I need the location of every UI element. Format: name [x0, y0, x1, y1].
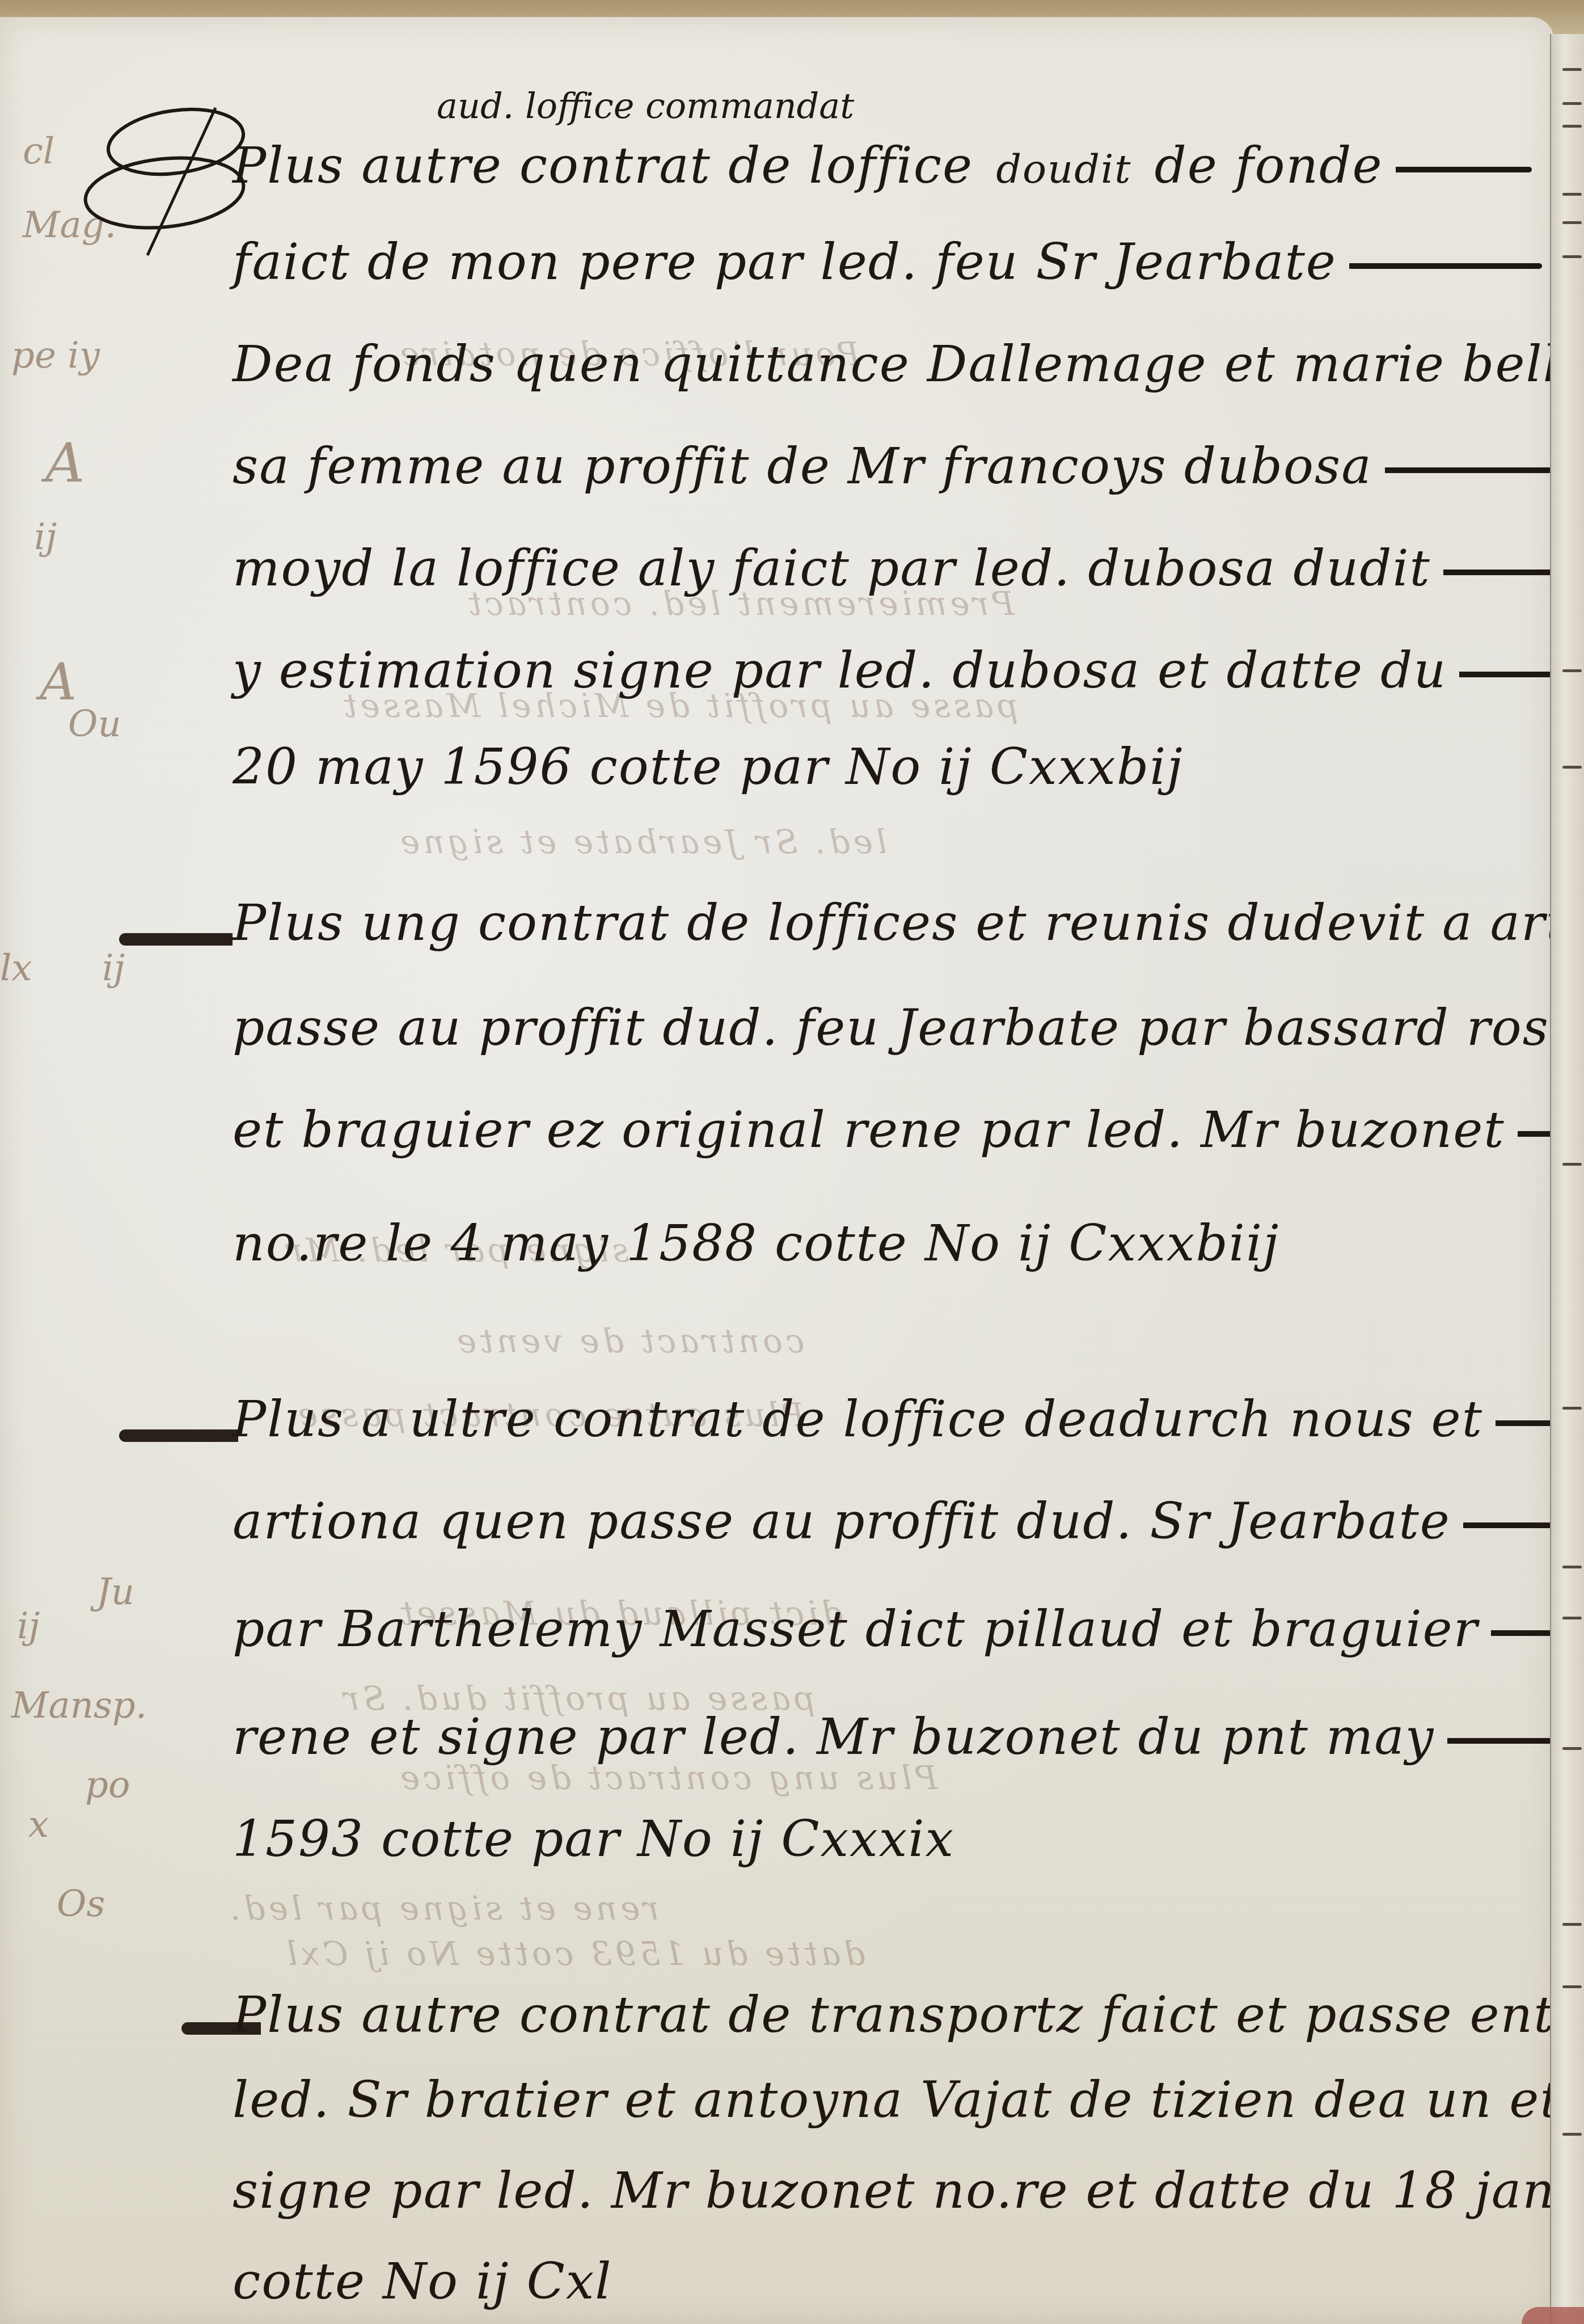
- manuscript-page: Pour l'office de notaire Premierement le…: [0, 17, 1554, 2324]
- entry-2-line-1: Plus ung contrat de loffices et reunis d…: [233, 893, 1584, 952]
- line-text: moyd la loffice aly faict par led. dubos…: [233, 539, 1431, 597]
- line-insert: doudit: [996, 146, 1131, 192]
- margin-note: x: [28, 1804, 49, 1846]
- bleed-through-line: datte du 1593 cotte No ij Cxl: [284, 1934, 865, 1973]
- margin-note: po: [85, 1764, 130, 1806]
- margin-note: ij: [34, 516, 57, 558]
- line-text: 1593 cotte par No ij Cxxxix: [233, 1810, 954, 1868]
- entry-1-line-5: moyd la loffice aly faict par led. dubos…: [233, 539, 1557, 597]
- line-text: Plus ung contrat de loffices et reunis d…: [233, 893, 1584, 952]
- entry-4-line-1: Plus autre contrat de transportz faict e…: [233, 1985, 1584, 2044]
- margin-note: A: [45, 431, 85, 495]
- line-text: Plus a ultre contrat de loffice deadurch…: [233, 1390, 1483, 1448]
- margin-note: cl: [23, 130, 54, 172]
- line-text: Plus autre contrat de loffice: [233, 136, 973, 195]
- line-text: y estimation signe par led. dubosa et da…: [233, 641, 1447, 699]
- bleed-through-line: contract de vente: [454, 1322, 805, 1360]
- entry-1-line-3: Dea fonds quen quittance Dallemage et ma…: [233, 335, 1584, 393]
- margin-note: ij: [17, 1605, 40, 1647]
- line-text: cotte No ij Cxl: [233, 2252, 613, 2310]
- entry-1-line-7: 20 may 1596 cotte par No ij Cxxxbij: [233, 737, 1184, 796]
- line-filler: [1396, 167, 1532, 172]
- line-text: passe au proffit dud. feu Jearbate par b…: [233, 998, 1584, 1057]
- thumb-edge: [1522, 2307, 1584, 2324]
- entry-2-line-3: et braguier ez original rene par led. Mr…: [233, 1100, 1584, 1159]
- margin-note: lx: [0, 947, 32, 989]
- line-text: sa femme au proffit de Mr francoys dubos…: [233, 437, 1372, 495]
- line-tail: de fonde: [1155, 136, 1383, 195]
- entry-3-line-3: par Barthelemy Masset dict pillaud et br…: [233, 1600, 1584, 1658]
- margin-note: ij: [102, 947, 125, 989]
- item-marker-dash: [119, 1429, 238, 1442]
- bleed-through-line: rene et signe par led.: [227, 1889, 659, 1927]
- line-filler: [1443, 570, 1557, 575]
- bleed-through-line: led. Sr Jearbate et signe: [397, 823, 887, 861]
- entry-2-line-2: passe au proffit dud. feu Jearbate par b…: [233, 998, 1584, 1057]
- line-filler: [1385, 467, 1555, 473]
- entry-1-line-1: Plus autre contrat de loffice doudit de …: [233, 136, 1532, 195]
- line-text: no.re le 4 may 1588 cotte No ij Cxxxbiij: [233, 1214, 1279, 1272]
- entry-3-line-4: rene et signe par led. Mr buzonet du pnt…: [233, 1707, 1583, 1766]
- margin-note: Os: [57, 1883, 105, 1925]
- line-text: led. Sr bratier et antoyna Vajat de tizi…: [233, 2070, 1561, 2129]
- entry-1-line-2: faict de mon pere par led. feu Sr Jearba…: [233, 233, 1542, 291]
- entry-4-line-3: signe par led. Mr buzonet no.re et datte…: [233, 2161, 1584, 2220]
- line-text: signe par led. Mr buzonet no.re et datte…: [233, 2161, 1584, 2220]
- margin-note: Ou: [68, 703, 121, 745]
- line-text: faict de mon pere par led. feu Sr Jearba…: [233, 233, 1337, 291]
- line-filler: [1349, 263, 1542, 269]
- entry-4-line-2: led. Sr bratier et antoyna Vajat de tizi…: [233, 2070, 1561, 2129]
- entry-3-line-5: 1593 cotte par No ij Cxxxix: [233, 1810, 954, 1868]
- entry-1-line-4: sa femme au proffit de Mr francoys dubos…: [233, 437, 1555, 495]
- item-marker-dash: [119, 933, 233, 946]
- interlinear-insertion: aud. loffice commandat: [437, 85, 854, 126]
- line-text: artiona quen passe au proffit dud. Sr Je…: [233, 1492, 1451, 1550]
- margin-note: Ju: [96, 1571, 134, 1613]
- entry-3-line-1: Plus a ultre contrat de loffice deadurch…: [233, 1390, 1584, 1448]
- line-text: Plus autre contrat de transportz faict e…: [233, 1985, 1584, 2044]
- entry-2-line-4: no.re le 4 may 1588 cotte No ij Cxxxbiij: [233, 1214, 1279, 1272]
- line-text: par Barthelemy Masset dict pillaud et br…: [233, 1600, 1479, 1658]
- entry-1-line-6: y estimation signe par led. dubosa et da…: [233, 641, 1584, 699]
- entry-4-line-4: cotte No ij Cxl: [233, 2252, 613, 2310]
- line-text: rene et signe par led. Mr buzonet du pnt…: [233, 1707, 1435, 1766]
- page-edge-binding: [1550, 34, 1584, 2324]
- entry-3-line-2: artiona quen passe au proffit dud. Sr Je…: [233, 1492, 1584, 1550]
- line-text: Dea fonds quen quittance Dallemage et ma…: [233, 335, 1584, 393]
- line-text: 20 may 1596 cotte par No ij Cxxxbij: [233, 737, 1184, 796]
- margin-note: Mansp.: [11, 1685, 147, 1727]
- margin-note: pe iy: [11, 335, 100, 377]
- line-text: et braguier ez original rene par led. Mr…: [233, 1100, 1505, 1159]
